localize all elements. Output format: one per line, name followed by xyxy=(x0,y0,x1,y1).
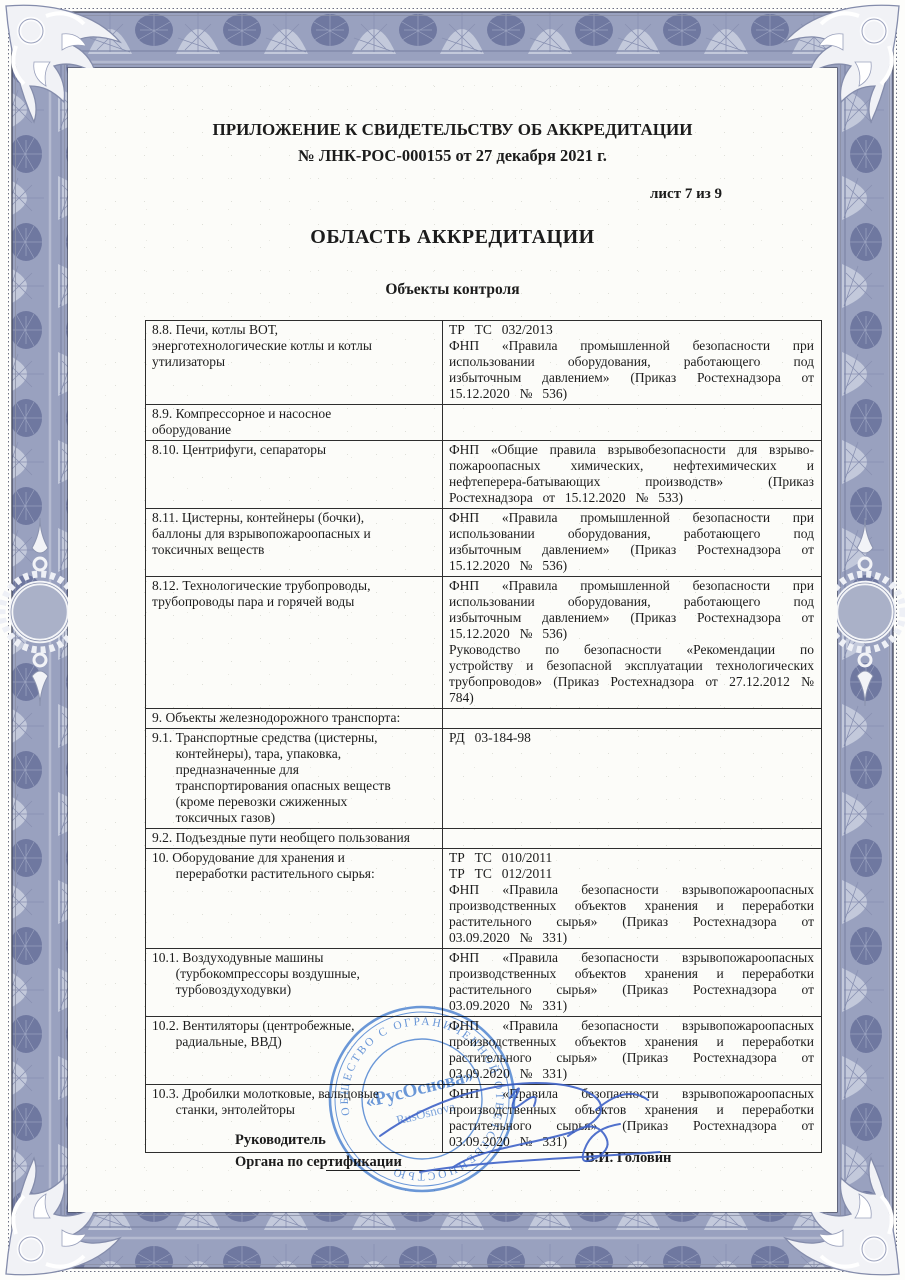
table-row: 8.10. Центрифуги, сепараторы ФНП «Общие … xyxy=(146,441,822,509)
docs-cell: ТР ТС 032/2013 ФНП «Правила промышленной… xyxy=(443,321,822,405)
table-row: 8.11. Цистерны, контейнеры (бочки), балл… xyxy=(146,509,822,577)
docs-cell: ТР ТС 010/2011 ТР ТС 012/2011 ФНП «Прави… xyxy=(443,849,822,949)
docs-cell xyxy=(443,709,822,729)
document-title: ПРИЛОЖЕНИЕ К СВИДЕТЕЛЬСТВУ ОБ АККРЕДИТАЦ… xyxy=(68,116,837,170)
title-line-2: № ЛНК-РОС-000155 от 27 декабря 2021 г. xyxy=(68,143,837,169)
docs-cell xyxy=(443,405,822,441)
table-row: 8.9. Компрессорное и насосное оборудован… xyxy=(146,405,822,441)
docs-cell: ФНП «Общие правила взрывобезопасности дл… xyxy=(443,441,822,509)
title-line-1: ПРИЛОЖЕНИЕ К СВИДЕТЕЛЬСТВУ ОБ АККРЕДИТАЦ… xyxy=(68,116,837,143)
sheet-number: лист 7 из 9 xyxy=(650,186,722,203)
docs-cell: ФНП «Правила промышленной безопасности п… xyxy=(443,509,822,577)
table-row: 10. Оборудование для хранения и перерабо… xyxy=(146,849,822,949)
object-cell: 8.8. Печи, котлы ВОТ, энерготехнологичес… xyxy=(146,321,443,405)
object-cell: 10. Оборудование для хранения и перерабо… xyxy=(146,849,443,949)
table-row: 8.12. Технологические трубопроводы, труб… xyxy=(146,577,822,709)
table-row: 8.8. Печи, котлы ВОТ, энерготехнологичес… xyxy=(146,321,822,405)
table-row: 9. Объекты железнодорожного транспорта: xyxy=(146,709,822,729)
table-row: 9.1. Транспортные средства (цистерны, ко… xyxy=(146,729,822,829)
object-cell: 8.11. Цистерны, контейнеры (бочки), балл… xyxy=(146,509,443,577)
object-cell: 9.1. Транспортные средства (цистерны, ко… xyxy=(146,729,443,829)
docs-cell: РД 03-184-98 xyxy=(443,729,822,829)
docs-cell: ФНП «Правила промышленной безопасности п… xyxy=(443,577,822,709)
section-title: ОБЛАСТЬ АККРЕДИТАЦИИ xyxy=(68,226,837,249)
object-cell: 9. Объекты железнодорожного транспорта: xyxy=(146,709,443,729)
object-cell: 8.12. Технологические трубопроводы, труб… xyxy=(146,577,443,709)
certificate-page: ПРИЛОЖЕНИЕ К СВИДЕТЕЛЬСТВУ ОБ АККРЕДИТАЦ… xyxy=(0,0,905,1280)
handwritten-signature xyxy=(360,1040,680,1210)
table-row: 9.2. Подъездные пути необщего пользовани… xyxy=(146,829,822,849)
object-cell: 9.2. Подъездные пути необщего пользовани… xyxy=(146,829,443,849)
object-cell: 8.9. Компрессорное и насосное оборудован… xyxy=(146,405,443,441)
object-cell: 8.10. Центрифуги, сепараторы xyxy=(146,441,443,509)
docs-cell xyxy=(443,829,822,849)
subsection-title: Объекты контроля xyxy=(68,281,837,299)
